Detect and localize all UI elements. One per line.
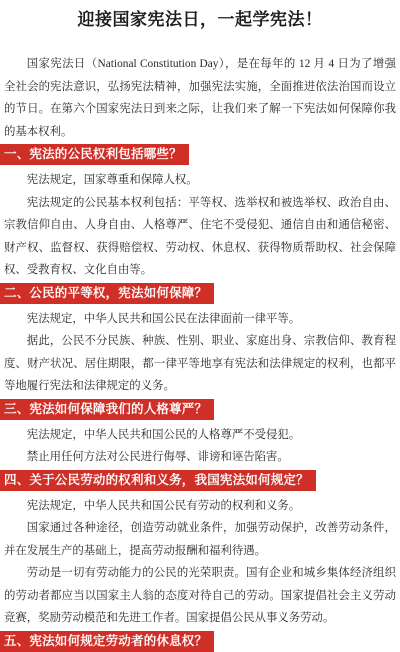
- section-equality-right: 二、公民的平等权，宪法如何保障？ 宪法规定，中华人民共和国公民在法律面前一律平等…: [0, 283, 400, 398]
- paragraph: 据此，公民不分民族、种族、性别、职业、家庭出身、宗教信仰、教育程度、财产状况、居…: [0, 330, 400, 398]
- paragraph: 宪法规定，中华人民共和国公民的人格尊严不受侵犯。: [0, 424, 400, 447]
- section-heading-1: 一、宪法的公民权利包括哪些？: [0, 144, 189, 165]
- paragraph: 国家通过各种途径，创造劳动就业条件，加强劳动保护，改善劳动条件，并在发展生产的基…: [0, 517, 400, 562]
- paragraph: 宪法规定，中华人民共和国公民在法律面前一律平等。: [0, 308, 400, 331]
- paragraph: 宪法规定，中华人民共和国公民有劳动的权利和义务。: [0, 495, 400, 518]
- page-title: 迎接国家宪法日，一起学宪法！: [4, 8, 396, 32]
- intro-paragraph: 国家宪法日（National Constitution Day），是在每年的 1…: [0, 53, 400, 143]
- section-heading-4: 四、关于公民劳动的权利和义务，我国宪法如何规定？: [0, 470, 316, 491]
- section-labor-rights: 四、关于公民劳动的权利和义务，我国宪法如何规定？ 宪法规定，中华人民共和国公民有…: [0, 470, 400, 630]
- section-citizen-rights: 一、宪法的公民权利包括哪些？ 宪法规定，国家尊重和保障人权。 宪法规定的公民基本…: [0, 144, 400, 282]
- section-heading-5: 五、宪法如何规定劳动者的休息权？: [0, 631, 214, 652]
- document-page: 迎接国家宪法日，一起学宪法！ 国家宪法日（National Constituti…: [0, 0, 400, 652]
- paragraph: 宪法规定，国家尊重和保障人权。: [0, 169, 400, 192]
- section-rest-right: 五、宪法如何规定劳动者的休息权？: [0, 631, 400, 652]
- section-heading-2: 二、公民的平等权，宪法如何保障？: [0, 283, 214, 304]
- section-heading-3: 三、宪法如何保障我们的人格尊严？: [0, 399, 214, 420]
- paragraph: 宪法规定的公民基本权利包括：平等权、选举权和被选举权、政治自由、宗教信仰自由、人…: [0, 192, 400, 282]
- paragraph: 禁止用任何方法对公民进行侮辱、诽谤和诬告陷害。: [0, 446, 400, 469]
- section-personal-dignity: 三、宪法如何保障我们的人格尊严？ 宪法规定，中华人民共和国公民的人格尊严不受侵犯…: [0, 399, 400, 469]
- paragraph: 劳动是一切有劳动能力的公民的光荣职责。国有企业和城乡集体经济组织的劳动者都应当以…: [0, 562, 400, 630]
